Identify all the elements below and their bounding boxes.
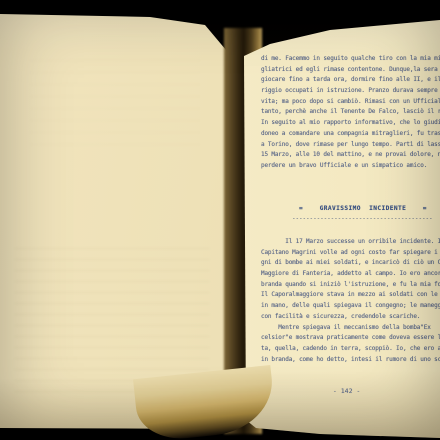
text-line: Capitano Magrini volle ad ogni costo far… [261, 248, 440, 259]
text-line: Mentre spiegava il meccanismo della bomb… [261, 323, 440, 334]
text-line: riggio occupati in istruzione. Pranzo du… [261, 86, 440, 97]
text-line: vita; ma poco dopo si cambiò. Rimasi con… [261, 97, 440, 108]
text-line: In seguito al mio rapporto informativo, … [261, 118, 440, 129]
text-line: ta, quella, cadendo in terra, scoppiò. I… [261, 344, 440, 355]
text-line: 15 Marzo, alle 10 del mattino, e ne prov… [261, 150, 440, 161]
text-line: gliatrici ed egli rimase contentone. Dun… [261, 65, 440, 76]
text-line: giocare fino a tarda ora, dormire fino a… [261, 75, 440, 86]
text-line: in mano, delle quali spiegava il congegn… [261, 301, 440, 312]
section-heading: = GRAVISSIMO INCIDENTE = [299, 205, 427, 212]
text-line: branda quando si iniziò l'istruzione, e … [261, 280, 440, 291]
text-line: a Torino, dove rimase per lungo tempo. P… [261, 140, 440, 151]
text-line: gni di bombe ai miei soldati, e incaricò… [261, 258, 440, 269]
text-line: tanto, perchè anche il Tenente De Falco,… [261, 107, 440, 118]
text-line: Il 17 Marzo successe un orribile inciden… [261, 237, 440, 248]
showthrough-texture-top [30, 60, 200, 150]
text-line: perdere un bravo Ufficiale e un simpatic… [261, 161, 440, 172]
text-line: Maggiore di Fanteria, addetto al campo. … [261, 269, 440, 280]
text-line: con facilità e sicurezza, credendole sca… [261, 312, 440, 323]
text-line: celsior"e mostrava praticamente come dov… [261, 333, 440, 344]
text-line: in branda, come ho detto, intesi il rumo… [261, 355, 440, 366]
paragraph-1: di me. Facemmo in seguito qualche tiro c… [261, 54, 440, 172]
book-photo-stage: di me. Facemmo in seguito qualche tiro c… [0, 0, 440, 440]
paragraph-2: Il 17 Marzo successe un orribile inciden… [261, 237, 440, 365]
page-number: - 142 - [333, 388, 360, 395]
heading-underline: ---------------------------------------- [292, 215, 433, 222]
text-line: Il Caporalmaggiore stava in mezzo ai sol… [261, 290, 440, 301]
text-line: di me. Facemmo in seguito qualche tiro c… [261, 54, 440, 65]
text-line: doneo a comandare una compagnia mitragli… [261, 129, 440, 140]
